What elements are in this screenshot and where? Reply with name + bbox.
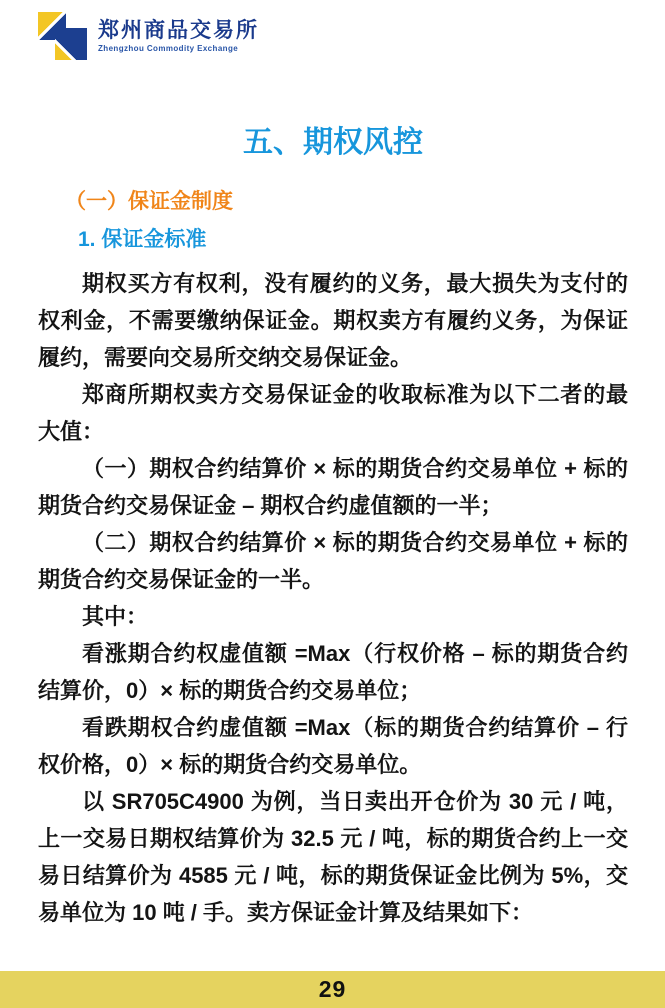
paragraph-call-otm-formula: 看涨期合约权虚值额 =Max（行权价格 – 标的期货合约结算价，0）× 标的期货… [38, 635, 628, 709]
document-page: 郑州商品交易所 Zhengzhou Commodity Exchange 五、期… [0, 0, 665, 1008]
logo-name-chinese: 郑州商品交易所 [98, 19, 259, 43]
paragraph-formula-one: （一）期权合约结算价 × 标的期货合约交易单位 + 标的期货合约交易保证金 – … [38, 450, 628, 524]
paragraph-among-which: 其中： [38, 598, 628, 635]
paragraph-formula-two: （二）期权合约结算价 × 标的期货合约交易单位 + 标的期货合约交易保证金的一半… [38, 524, 628, 598]
logo-name-english: Zhengzhou Commodity Exchange [98, 43, 259, 54]
page-header: 郑州商品交易所 Zhengzhou Commodity Exchange [38, 12, 259, 60]
body-text: 期权买方有权利，没有履约的义务，最大损失为支付的权利金，不需要缴纳保证金。期权卖… [38, 265, 628, 931]
zce-logo-icon [38, 12, 88, 60]
main-content: 五、期权风控 （一）保证金制度 1. 保证金标准 期权买方有权利，没有履约的义务… [38, 125, 628, 931]
page-title: 五、期权风控 [38, 125, 628, 161]
section-heading-margin-system: （一）保证金制度 [38, 189, 628, 215]
paragraph-example-sr705c4900: 以 SR705C4900 为例，当日卖出开仓价为 30 元 / 吨，上一交易日期… [38, 783, 628, 931]
logo-text: 郑州商品交易所 Zhengzhou Commodity Exchange [98, 19, 259, 54]
logo-square-big [55, 28, 87, 60]
paragraph-put-otm-formula: 看跌期权合约虚值额 =Max（标的期货合约结算价 – 行权价格，0）× 标的期货… [38, 709, 628, 783]
page-footer: 29 [0, 971, 665, 1008]
paragraph-buyer-seller-obligation: 期权买方有权利，没有履约的义务，最大损失为支付的权利金，不需要缴纳保证金。期权卖… [38, 265, 628, 376]
paragraph-margin-collection-standard: 郑商所期权卖方交易保证金的收取标准为以下二者的最大值： [38, 376, 628, 450]
page-number: 29 [319, 976, 347, 1003]
sub-heading-margin-standard: 1. 保证金标准 [38, 227, 628, 252]
